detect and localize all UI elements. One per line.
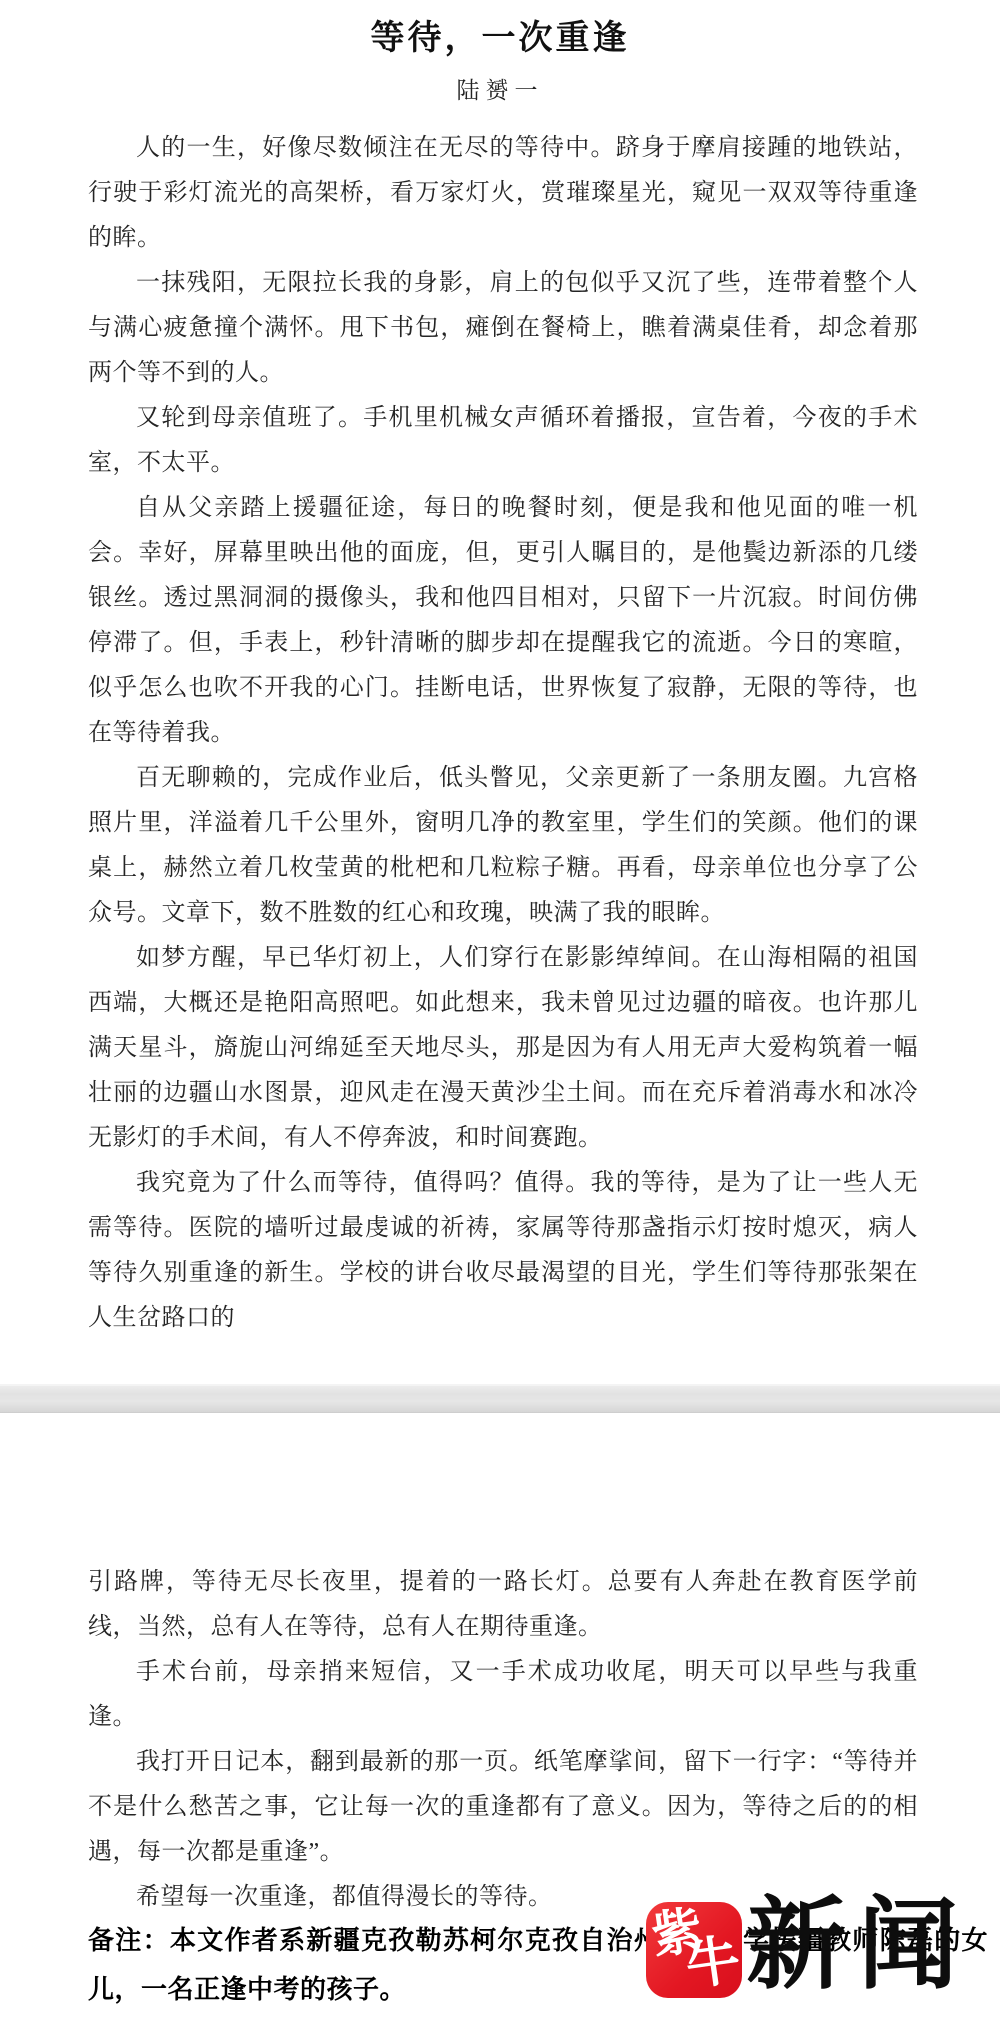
page1-body: 人的一生，好像尽数倾注在无尽的等待中。跻身于摩肩接踵的地铁站，行驶于彩灯流光的高…	[88, 126, 918, 1341]
essay-paragraph: 百无聊赖的，完成作业后，低头瞥见，父亲更新了一条朋友圈。九宫格照片里，洋溢着几千…	[88, 756, 918, 936]
page2-body: 引路牌，等待无尽长夜里，提着的一路长灯。总要有人奔赴在教育医学前线，当然，总有人…	[88, 1560, 918, 1920]
essay-paragraph: 一抹残阳，无限拉长我的身影，肩上的包似乎又沉了些，连带着整个人与满心疲惫撞个满怀…	[88, 261, 918, 396]
essay-paragraph: 自从父亲踏上援疆征途，每日的晚餐时刻，便是我和他见面的唯一机会。幸好，屏幕里映出…	[88, 486, 918, 756]
essay-author: 陆赟一	[0, 72, 1000, 105]
essay-paragraph: 我打开日记本，翻到最新的那一页。纸笔摩挲间，留下一行字：“等待并不是什么愁苦之事…	[88, 1740, 918, 1875]
essay-paragraph: 如梦方醒，早已华灯初上，人们穿行在影影绰绰间。在山海相隔的祖国西端，大概还是艳阳…	[88, 936, 918, 1161]
essay-paragraph: 手术台前，母亲捎来短信，又一手术成功收尾，明天可以早些与我重逢。	[88, 1650, 918, 1740]
author-note: 备注：本文作者系新疆克孜勒苏柯尔克孜自治州第二中学援疆教师陈磊的女儿，一名正逢中…	[88, 1916, 988, 2014]
essay-paragraph: 又轮到母亲值班了。手机里机械女声循环着播报，宣告着，今夜的手术室，不太平。	[88, 396, 918, 486]
article-page: 等待，一次重逢 陆赟一 人的一生，好像尽数倾注在无尽的等待中。跻身于摩肩接踵的地…	[0, 0, 1000, 2034]
page-gap-divider	[0, 1384, 1000, 1413]
essay-paragraph: 引路牌，等待无尽长夜里，提着的一路长灯。总要有人奔赴在教育医学前线，当然，总有人…	[88, 1560, 918, 1650]
essay-paragraph: 希望每一次重逢，都值得漫长的等待。	[88, 1875, 918, 1920]
essay-title: 等待，一次重逢	[0, 10, 1000, 59]
essay-paragraph: 人的一生，好像尽数倾注在无尽的等待中。跻身于摩肩接踵的地铁站，行驶于彩灯流光的高…	[88, 126, 918, 261]
essay-paragraph: 我究竟为了什么而等待，值得吗？值得。我的等待，是为了让一些人无需等待。医院的墙听…	[88, 1161, 918, 1341]
